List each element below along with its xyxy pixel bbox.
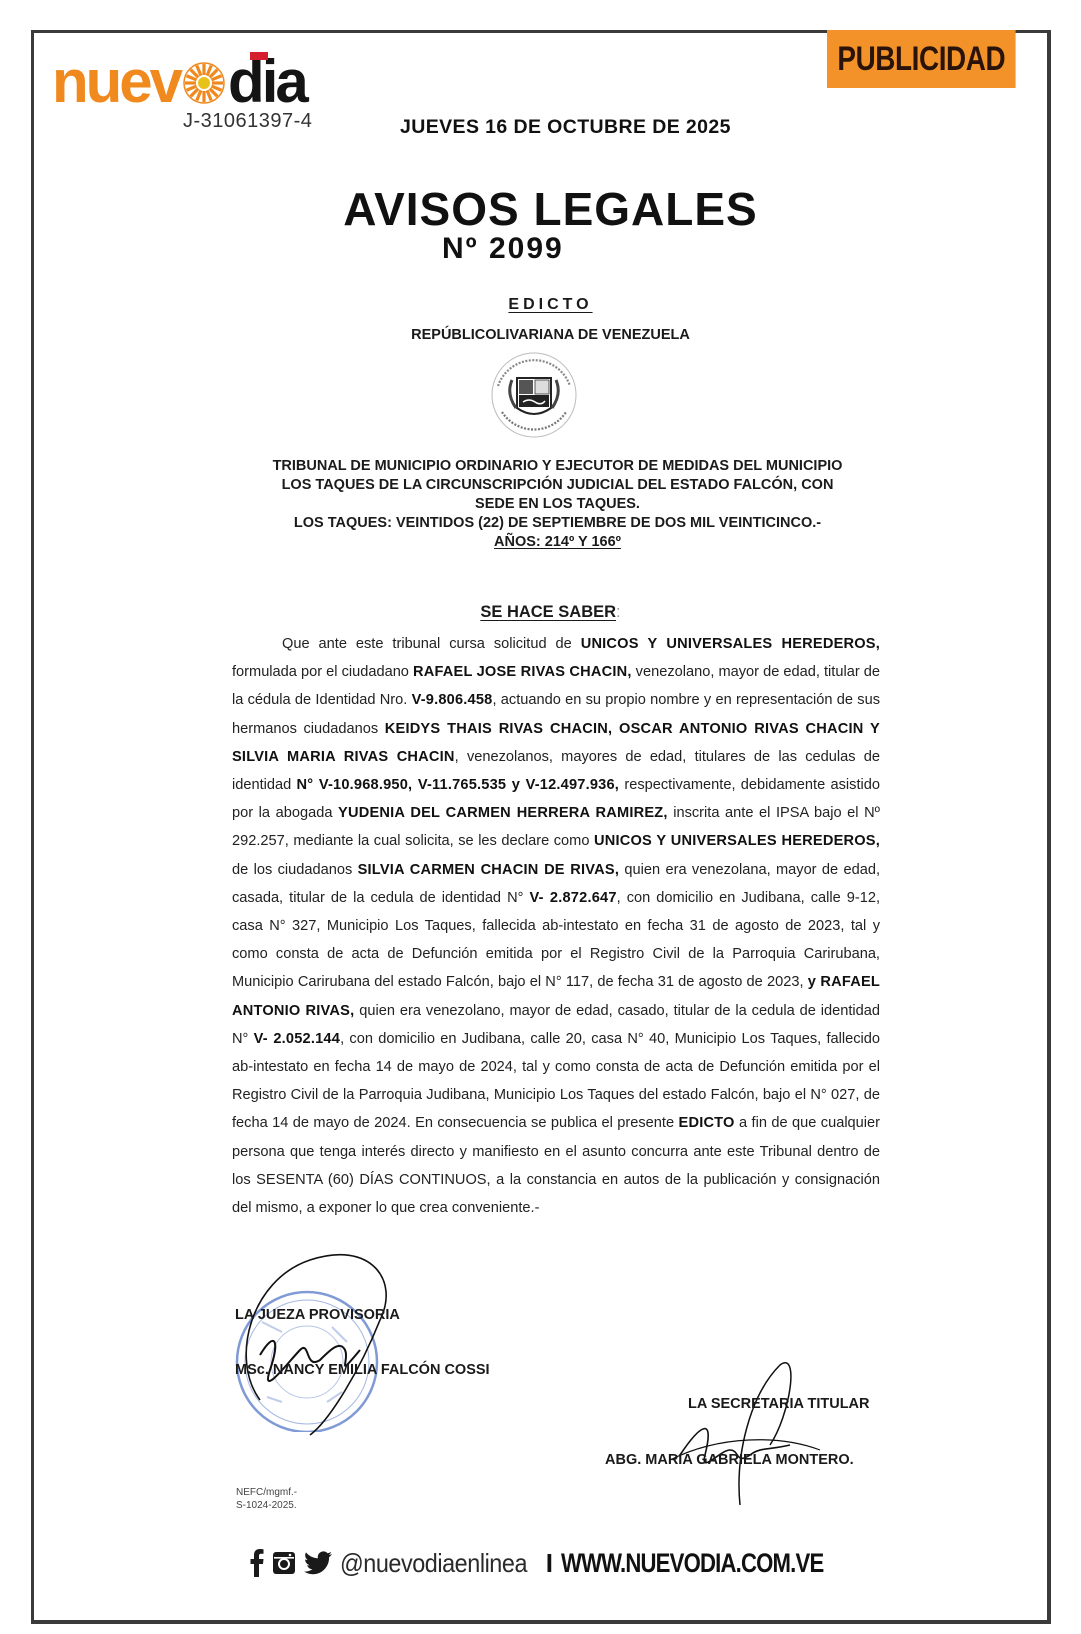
- secretary-title: LA SECRETARIA TITULAR: [688, 1396, 870, 1412]
- logo-text-black: dia: [228, 56, 306, 108]
- judge-signature: [230, 1240, 420, 1440]
- company-rif: J-31061397-4: [183, 110, 312, 133]
- facebook-icon[interactable]: [250, 1549, 264, 1577]
- tribunal-years: AÑOS: 214º Y 166º: [494, 534, 621, 550]
- bold-text-run: N° V-10.968.950, V-11.765.535 y V-12.497…: [297, 777, 620, 793]
- bold-text-run: EDICTO: [679, 1115, 735, 1131]
- text-run: Que ante este tribunal cursa solicitud d…: [282, 636, 581, 652]
- reference-code: S-1024-2025.: [236, 1499, 297, 1512]
- footer-separator: I: [546, 1548, 553, 1579]
- judge-name: MSc. NANCY EMILIA FALCÓN COSSI: [235, 1362, 490, 1378]
- section-badge: PUBLICIDAD: [827, 30, 1016, 88]
- page-title: AVISOS LEGALES: [0, 182, 1081, 236]
- bold-text-run: UNICOS Y UNIVERSALES HEREDEROS,: [594, 833, 880, 849]
- venezuela-coat-of-arms-seal-icon: [484, 350, 584, 440]
- notice-paragraph: Que ante este tribunal cursa solicitud d…: [232, 630, 880, 1222]
- tribunal-line: LOS TAQUES DE LA CIRCUNSCRIPCIÓN JUDICIA…: [225, 476, 890, 495]
- bold-text-run: RAFAEL JOSE RIVAS CHACIN,: [413, 664, 632, 680]
- notice-number: Nº 2099: [442, 232, 564, 266]
- document-reference: NEFC/mgmf.- S-1024-2025.: [236, 1486, 297, 1512]
- nuevodia-logo: nuev dia: [52, 48, 306, 108]
- bold-text-run: UNICOS Y UNIVERSALES HEREDEROS,: [581, 636, 880, 652]
- publication-date: JUEVES 16 DE OCTUBRE DE 2025: [400, 116, 731, 139]
- bold-text-run: V- 2.052.144: [254, 1031, 340, 1047]
- instagram-icon[interactable]: [272, 1551, 296, 1575]
- tribunal-header: TRIBUNAL DE MUNICIPIO ORDINARIO Y EJECUT…: [225, 457, 890, 552]
- judge-title: LA JUEZA PROVISORIA: [235, 1307, 400, 1323]
- logo-red-accent: [250, 52, 268, 60]
- bold-text-run: SILVIA CARMEN CHACIN DE RIVAS,: [358, 862, 619, 878]
- sun-icon: [182, 61, 226, 105]
- secretary-signature: [660, 1355, 830, 1515]
- republica-heading: REPÚBLICOLIVARIANA DE VENEZUELA: [0, 327, 1081, 343]
- bold-text-run: V- 2.872.647: [530, 890, 617, 906]
- website-link[interactable]: WWW.NUEVODIA.COM.VE: [561, 1548, 823, 1579]
- social-handle[interactable]: @nuevodiaenlinea: [340, 1548, 527, 1579]
- tribunal-line: SEDE EN LOS TAQUES.: [225, 495, 890, 514]
- secretary-name: ABG. MARIA GABRIELA MONTERO.: [605, 1452, 854, 1468]
- bold-text-run: YUDENIA DEL CARMEN HERRERA RAMIREZ,: [338, 805, 668, 821]
- notice-body: Que ante este tribunal cursa solicitud d…: [232, 630, 880, 1222]
- edicto-heading: EDICTO: [0, 296, 1081, 314]
- reference-initials: NEFC/mgmf.-: [236, 1486, 297, 1499]
- twitter-icon[interactable]: [304, 1551, 332, 1575]
- logo-text-orange: nuev: [52, 56, 180, 108]
- tribunal-date: LOS TAQUES: VEINTIDOS (22) DE SEPTIEMBRE…: [225, 514, 890, 533]
- hace-saber-heading: SE HACE SABER:: [0, 603, 1081, 622]
- bold-text-run: V-9.806.458: [412, 692, 493, 708]
- text-run: de los ciudadanos: [232, 862, 358, 878]
- text-run: formulada por el ciudadano: [232, 664, 413, 680]
- footer: @nuevodiaenlinea I WWW.NUEVODIA.COM.VE: [250, 1543, 881, 1583]
- tribunal-line: TRIBUNAL DE MUNICIPIO ORDINARIO Y EJECUT…: [225, 457, 890, 476]
